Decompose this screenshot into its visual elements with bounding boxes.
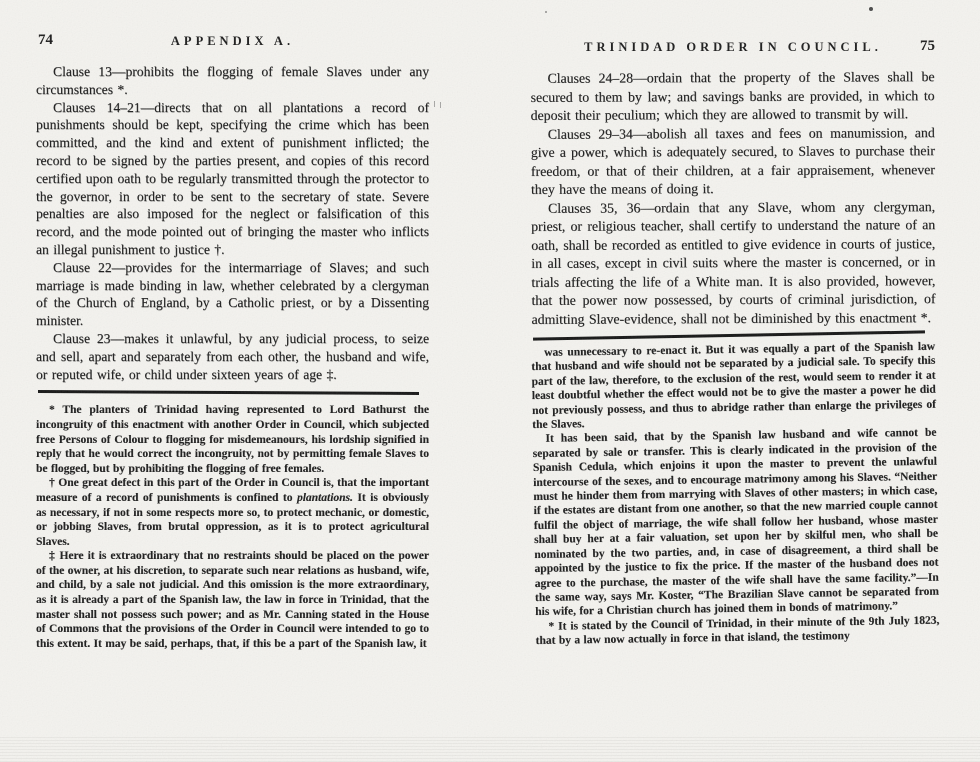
scanned-book-spread: 74 APPENDIX A. Clause 13—prohibits the f… [0,0,980,762]
scan-speck [869,7,873,11]
left-page: 74 APPENDIX A. Clause 13—prohibits the f… [36,34,429,651]
footnote: ‡ Here it is extraordinary that no restr… [36,549,429,651]
scan-speck [440,102,441,108]
right-page-header: TRINIDAD ORDER IN COUNCIL. 75 [531,40,935,60]
right-page-number: 75 [920,38,935,55]
footnote: † One great defect in this part of the O… [36,476,429,549]
left-main-text: Clause 13—prohibits the flogging of fema… [36,63,429,383]
body-paragraph: Clauses 35, 36—ordain that any Slave, wh… [531,198,936,329]
footnote-divider [533,330,925,340]
body-paragraph: Clauses 24–28—ordain that the property o… [530,68,934,125]
scan-grain-band [0,736,980,762]
body-paragraph: Clauses 29–34—abolish all taxes and fees… [531,124,935,200]
footnote-divider [38,390,419,395]
right-main-text: Clauses 24–28—ordain that the property o… [530,68,935,329]
right-page: TRINIDAD ORDER IN COUNCIL. 75 Clauses 24… [531,40,935,649]
left-running-header: APPENDIX A. [36,34,429,49]
left-footnotes: * The planters of Trinidad having repres… [36,403,429,651]
footnote-continuation: It has been said, that by the Spanish la… [532,426,939,620]
body-paragraph: Clause 13—prohibits the flogging of fema… [36,63,429,99]
scan-speck [545,11,547,13]
footnote: * It is stated by the Council of Trinida… [535,613,939,648]
body-paragraph: Clause 23—makes it unlawful, by any judi… [36,330,429,383]
footnote-continuation: was unnecessary to re-enact it. But it w… [531,340,936,433]
scan-speck [434,101,435,107]
body-paragraph: Clause 22—provides for the intermarriage… [36,259,429,330]
right-footnotes: was unnecessary to re-enact it. But it w… [531,340,940,649]
right-running-header: TRINIDAD ORDER IN COUNCIL. [531,40,935,55]
left-page-header: 74 APPENDIX A. [36,34,429,54]
footnote: * The planters of Trinidad having repres… [36,403,429,476]
body-paragraph: Clauses 14–21—directs that on all planta… [36,99,429,259]
